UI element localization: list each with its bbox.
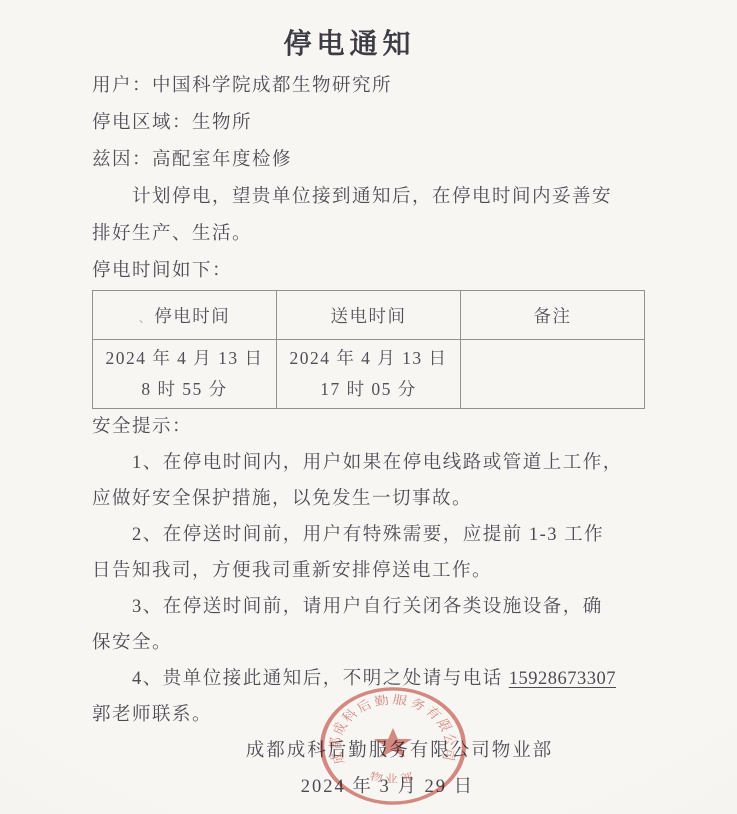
outage-schedule-table: 、停电时间 送电时间 备注 2024 年 4 月 13 日 8 时 55 分 2…	[92, 290, 645, 409]
safety-item-1-line2: 应做好安全保护措施，以免发生一切事故。	[92, 481, 645, 517]
restore-clock: 17 时 05 分	[277, 374, 460, 405]
signature-date: 2024 年 3 月 29 日	[130, 769, 645, 805]
outage-clock: 8 时 55 分	[93, 374, 276, 405]
restore-date: 2024 年 4 月 13 日	[277, 343, 460, 374]
column-header-outage-time: 、停电时间	[93, 291, 277, 340]
intro-paragraph-line1: 计划停电，望贵单位接到通知后，在停电时间内妥善安	[92, 179, 645, 216]
table-header-row: 、停电时间 送电时间 备注	[93, 291, 645, 340]
column-header-remarks: 备注	[461, 291, 645, 340]
safety-item-2-line2: 日告知我司，方便我司重新安排停送电工作。	[92, 553, 645, 589]
field-outage-area: 停电区域：生物所	[92, 105, 645, 142]
field-user: 用户：中国科学院成都生物研究所	[92, 68, 645, 105]
cell-outage-time: 2024 年 4 月 13 日 8 时 55 分	[93, 340, 277, 409]
signature-company: 成都成科后勤服务有限公司物业部	[154, 733, 645, 769]
outage-date: 2024 年 4 月 13 日	[93, 343, 276, 374]
column-header-restore-time: 送电时间	[277, 291, 461, 340]
intro-paragraph-line2: 排好生产、生活。	[92, 216, 645, 253]
table-caption-line: 停电时间如下：	[92, 253, 645, 290]
safety-item-3-line2: 保安全。	[92, 625, 645, 661]
scanned-notice-page: 停电通知 用户：中国科学院成都生物研究所 停电区域：生物所 兹因：高配室年度检修…	[0, 0, 737, 814]
page-title: 停电通知	[92, 26, 607, 64]
table-row: 2024 年 4 月 13 日 8 时 55 分 2024 年 4 月 13 日…	[93, 340, 645, 409]
cell-remarks	[461, 340, 645, 409]
cell-restore-time: 2024 年 4 月 13 日 17 时 05 分	[277, 340, 461, 409]
field-reason: 兹因：高配室年度检修	[92, 142, 645, 179]
safety-item-4-line2: 郭老师联系。	[92, 697, 645, 733]
safety-heading: 安全提示：	[92, 409, 645, 445]
contact-phone-number: 15928673307	[509, 669, 616, 689]
safety-item-4-line1: 4、贵单位接此通知后，不明之处请与电话15928673307	[92, 661, 645, 697]
safety-item-2-line1: 2、在停送时间前，用户有特殊需要，应提前 1-3 工作	[92, 517, 645, 553]
safety-item-1-line1: 1、在停电时间内，用户如果在停电线路或管道上工作，	[92, 445, 645, 481]
scan-artifact-mark: 、	[139, 311, 153, 325]
safety-item-3-line1: 3、在停送时间前，请用户自行关闭各类设施设备，确	[92, 589, 645, 625]
document-body: 停电通知 用户：中国科学院成都生物研究所 停电区域：生物所 兹因：高配室年度检修…	[92, 0, 645, 805]
contact-text: 4、贵单位接此通知后，不明之处请与电话	[132, 669, 503, 689]
